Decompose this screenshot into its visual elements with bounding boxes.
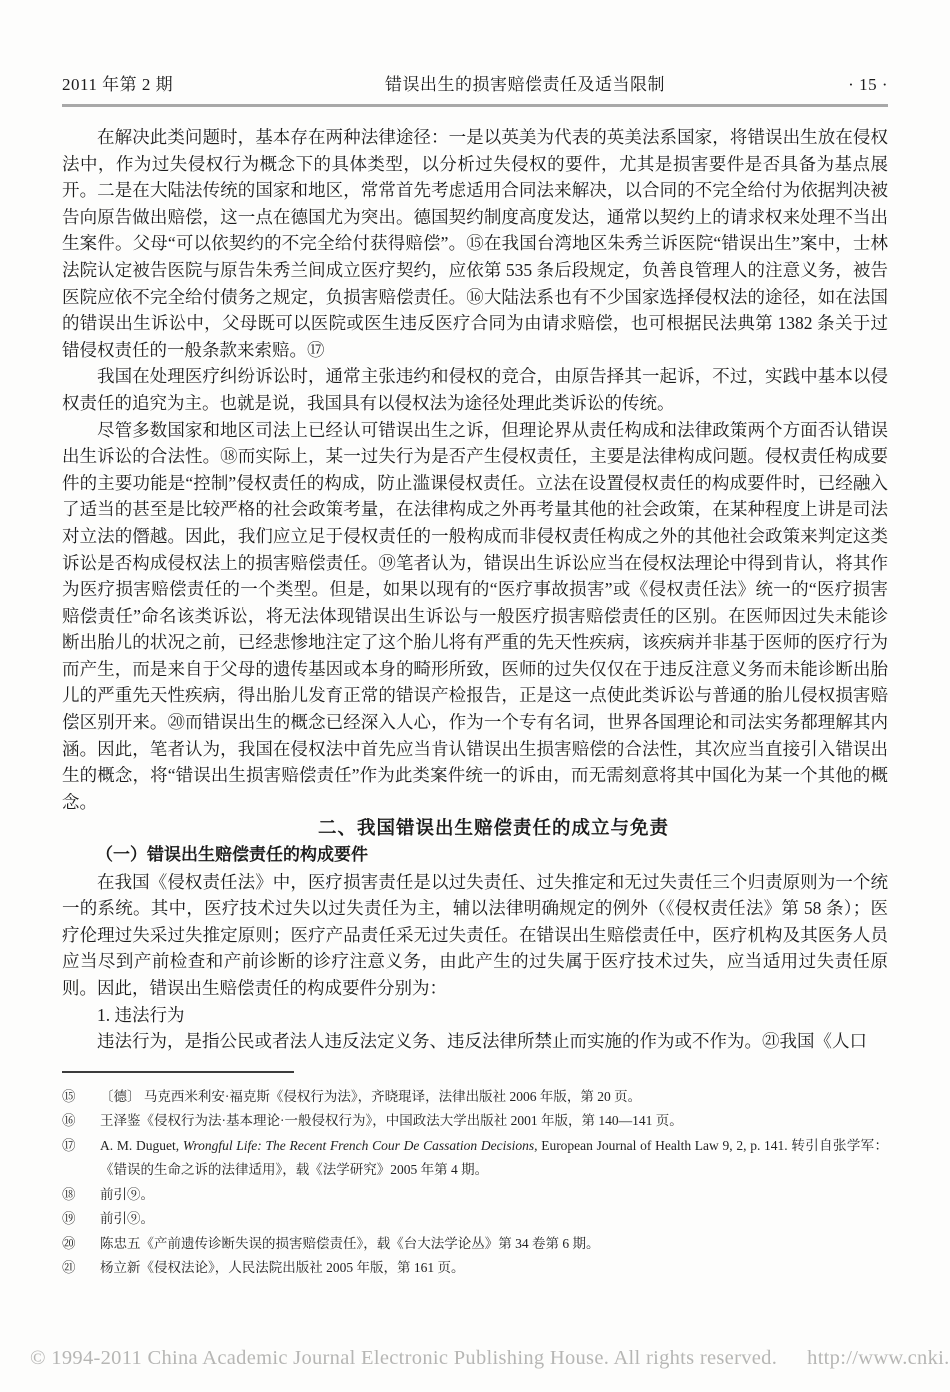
footnote-marker: ⑳ (62, 1232, 100, 1257)
footnote-text-pre: 〔德〕 马克西米利安·福克斯《侵权行为法》，齐晓琨译，法律出版社 2006 年版… (100, 1089, 641, 1104)
section-heading: 二、我国错误出生赔偿责任的成立与免责 (62, 815, 888, 842)
header-divider (62, 104, 888, 107)
footnote-text-pre: 杨立新《侵权法论》，人民法院出版社 2005 年版，第 161 页。 (100, 1260, 465, 1275)
footnote-19: ⑲ 前引⑨。 (62, 1207, 888, 1232)
footnote-marker: ⑱ (62, 1183, 100, 1208)
footnote-text: A. M. Duguet, Wrongful Life: The Recent … (100, 1134, 888, 1183)
footnote-marker: ⑰ (62, 1134, 100, 1159)
footnote-text: 前引⑨。 (100, 1183, 888, 1208)
article-body: 在解决此类问题时，基本存在两种法律途径：一是以英美为代表的英美法系国家，将错误出… (62, 124, 888, 1055)
footnote-marker: ㉑ (62, 1256, 100, 1281)
footnote-text-pre: 王泽鉴《侵权行为法·基本理论·一般侵权行为》，中国政法大学出版社 2001 年版… (100, 1113, 683, 1128)
paragraph-4: 在我国《侵权责任法》中，医疗损害责任是以过失责任、过失推定和无过失责任三个归责原… (62, 869, 888, 1002)
paragraph-1: 在解决此类问题时，基本存在两种法律途径：一是以英美为代表的英美法系国家，将错误出… (62, 124, 888, 363)
cnki-watermark: © 1994-2011 China Academic Journal Elect… (30, 1347, 950, 1370)
footnote-text-pre: 前引⑨。 (100, 1187, 154, 1202)
footnote-16: ⑯ 王泽鉴《侵权行为法·基本理论·一般侵权行为》，中国政法大学出版社 2001 … (62, 1109, 888, 1134)
footnote-text: 〔德〕 马克西米利安·福克斯《侵权行为法》，齐晓琨译，法律出版社 2006 年版… (100, 1085, 888, 1110)
article-title: 错误出生的损害赔偿责任及适当限制 (222, 70, 828, 95)
footnote-18: ⑱ 前引⑨。 (62, 1183, 888, 1208)
footnote-text: 陈忠五《产前遗传诊断失误的损害赔偿责任》，载《台大法学论丛》第 34 卷第 6 … (100, 1232, 888, 1257)
footnote-text-italic: Wrongful Life: The Recent French Cour De… (183, 1138, 534, 1153)
journal-issue: 2011 年第 2 期 (62, 70, 222, 95)
footnote-text-pre: 前引⑨。 (100, 1211, 154, 1226)
paragraph-5: 违法行为，是指公民或者法人违反法定义务、违反法律所禁止而实施的作为或不作为。㉑我… (62, 1028, 888, 1055)
paragraph-2: 我国在处理医疗纠纷诉讼时，通常主张违约和侵权的竞合，由原告择其一起诉，不过，实践… (62, 363, 888, 416)
numbered-item-1: 1. 违法行为 (62, 1002, 888, 1029)
footnote-divider (62, 1071, 294, 1073)
subsection-heading: （一）错误出生赔偿责任的构成要件 (62, 842, 888, 869)
page-number: · 15 · (828, 75, 888, 95)
watermark-copyright: © 1994-2011 China Academic Journal Elect… (30, 1347, 777, 1369)
footnote-marker: ⑲ (62, 1207, 100, 1232)
footnote-text: 王泽鉴《侵权行为法·基本理论·一般侵权行为》，中国政法大学出版社 2001 年版… (100, 1109, 888, 1134)
footnote-marker: ⑮ (62, 1085, 100, 1110)
footnote-20: ⑳ 陈忠五《产前遗传诊断失误的损害赔偿责任》，载《台大法学论丛》第 34 卷第 … (62, 1232, 888, 1257)
paragraph-3: 尽管多数国家和地区司法上已经认可错误出生之诉，但理论界从责任构成和法律政策两个方… (62, 417, 888, 816)
footnote-marker: ⑯ (62, 1109, 100, 1134)
footnote-15: ⑮ 〔德〕 马克西米利安·福克斯《侵权行为法》，齐晓琨译，法律出版社 2006 … (62, 1085, 888, 1110)
footnote-text-pre: 陈忠五《产前遗传诊断失误的损害赔偿责任》，载《台大法学论丛》第 34 卷第 6 … (100, 1236, 600, 1251)
footnote-text: 杨立新《侵权法论》，人民法院出版社 2005 年版，第 161 页。 (100, 1256, 888, 1281)
footnote-21: ㉑ 杨立新《侵权法论》，人民法院出版社 2005 年版，第 161 页。 (62, 1256, 888, 1281)
journal-page: 2011 年第 2 期 错误出生的损害赔偿责任及适当限制 · 15 · 在解决此… (0, 0, 950, 1392)
footnotes: ⑮ 〔德〕 马克西米利安·福克斯《侵权行为法》，齐晓琨译，法律出版社 2006 … (62, 1085, 888, 1281)
footnote-17: ⑰ A. M. Duguet, Wrongful Life: The Recen… (62, 1134, 888, 1183)
running-header: 2011 年第 2 期 错误出生的损害赔偿责任及适当限制 · 15 · (62, 70, 888, 95)
footnote-text: 前引⑨。 (100, 1207, 888, 1232)
footnote-text-pre: A. M. Duguet, (100, 1138, 183, 1153)
watermark-url: http://www.cnki.net (807, 1347, 950, 1369)
